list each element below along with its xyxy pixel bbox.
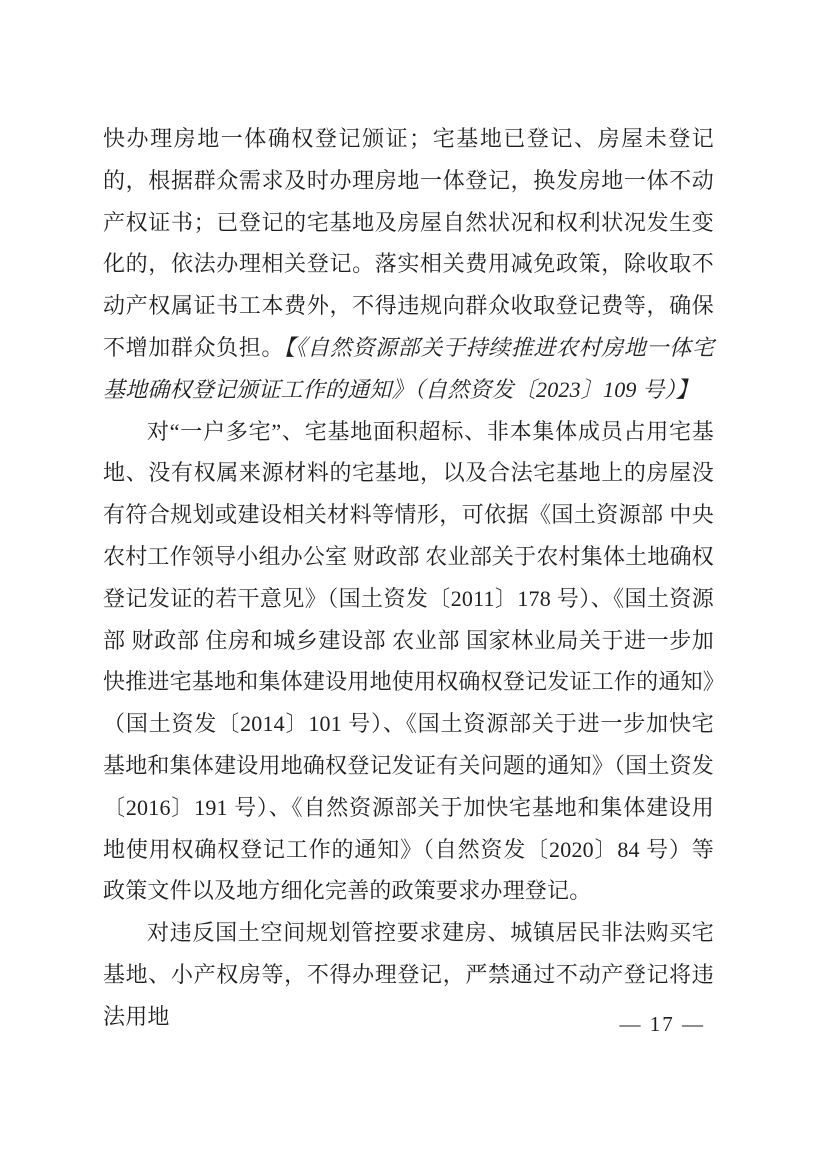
- document-page: 快办理房地一体确权登记颁证；宅基地已登记、房屋未登记的，根据群众需求及时办理房地…: [0, 0, 826, 1169]
- paragraph-policy-basis: 对“一户多宅”、宅基地面积超标、非本集体成员占用宅基地、没有权属来源材料的宅基地…: [103, 411, 714, 913]
- document-body: 快办理房地一体确权登记颁证；宅基地已登记、房屋未登记的，根据群众需求及时办理房地…: [103, 118, 714, 1038]
- paragraph-continuation: 快办理房地一体确权登记颁证；宅基地已登记、房屋未登记的，根据群众需求及时办理房地…: [103, 118, 714, 411]
- paragraph-text: 对“一户多宅”、宅基地面积超标、非本集体成员占用宅基地、没有权属来源材料的宅基地…: [103, 419, 714, 904]
- page-number: — 17 —: [620, 1012, 706, 1037]
- paragraph-text: 快办理房地一体确权登记颁证；宅基地已登记、房屋未登记的，根据群众需求及时办理房地…: [103, 126, 714, 360]
